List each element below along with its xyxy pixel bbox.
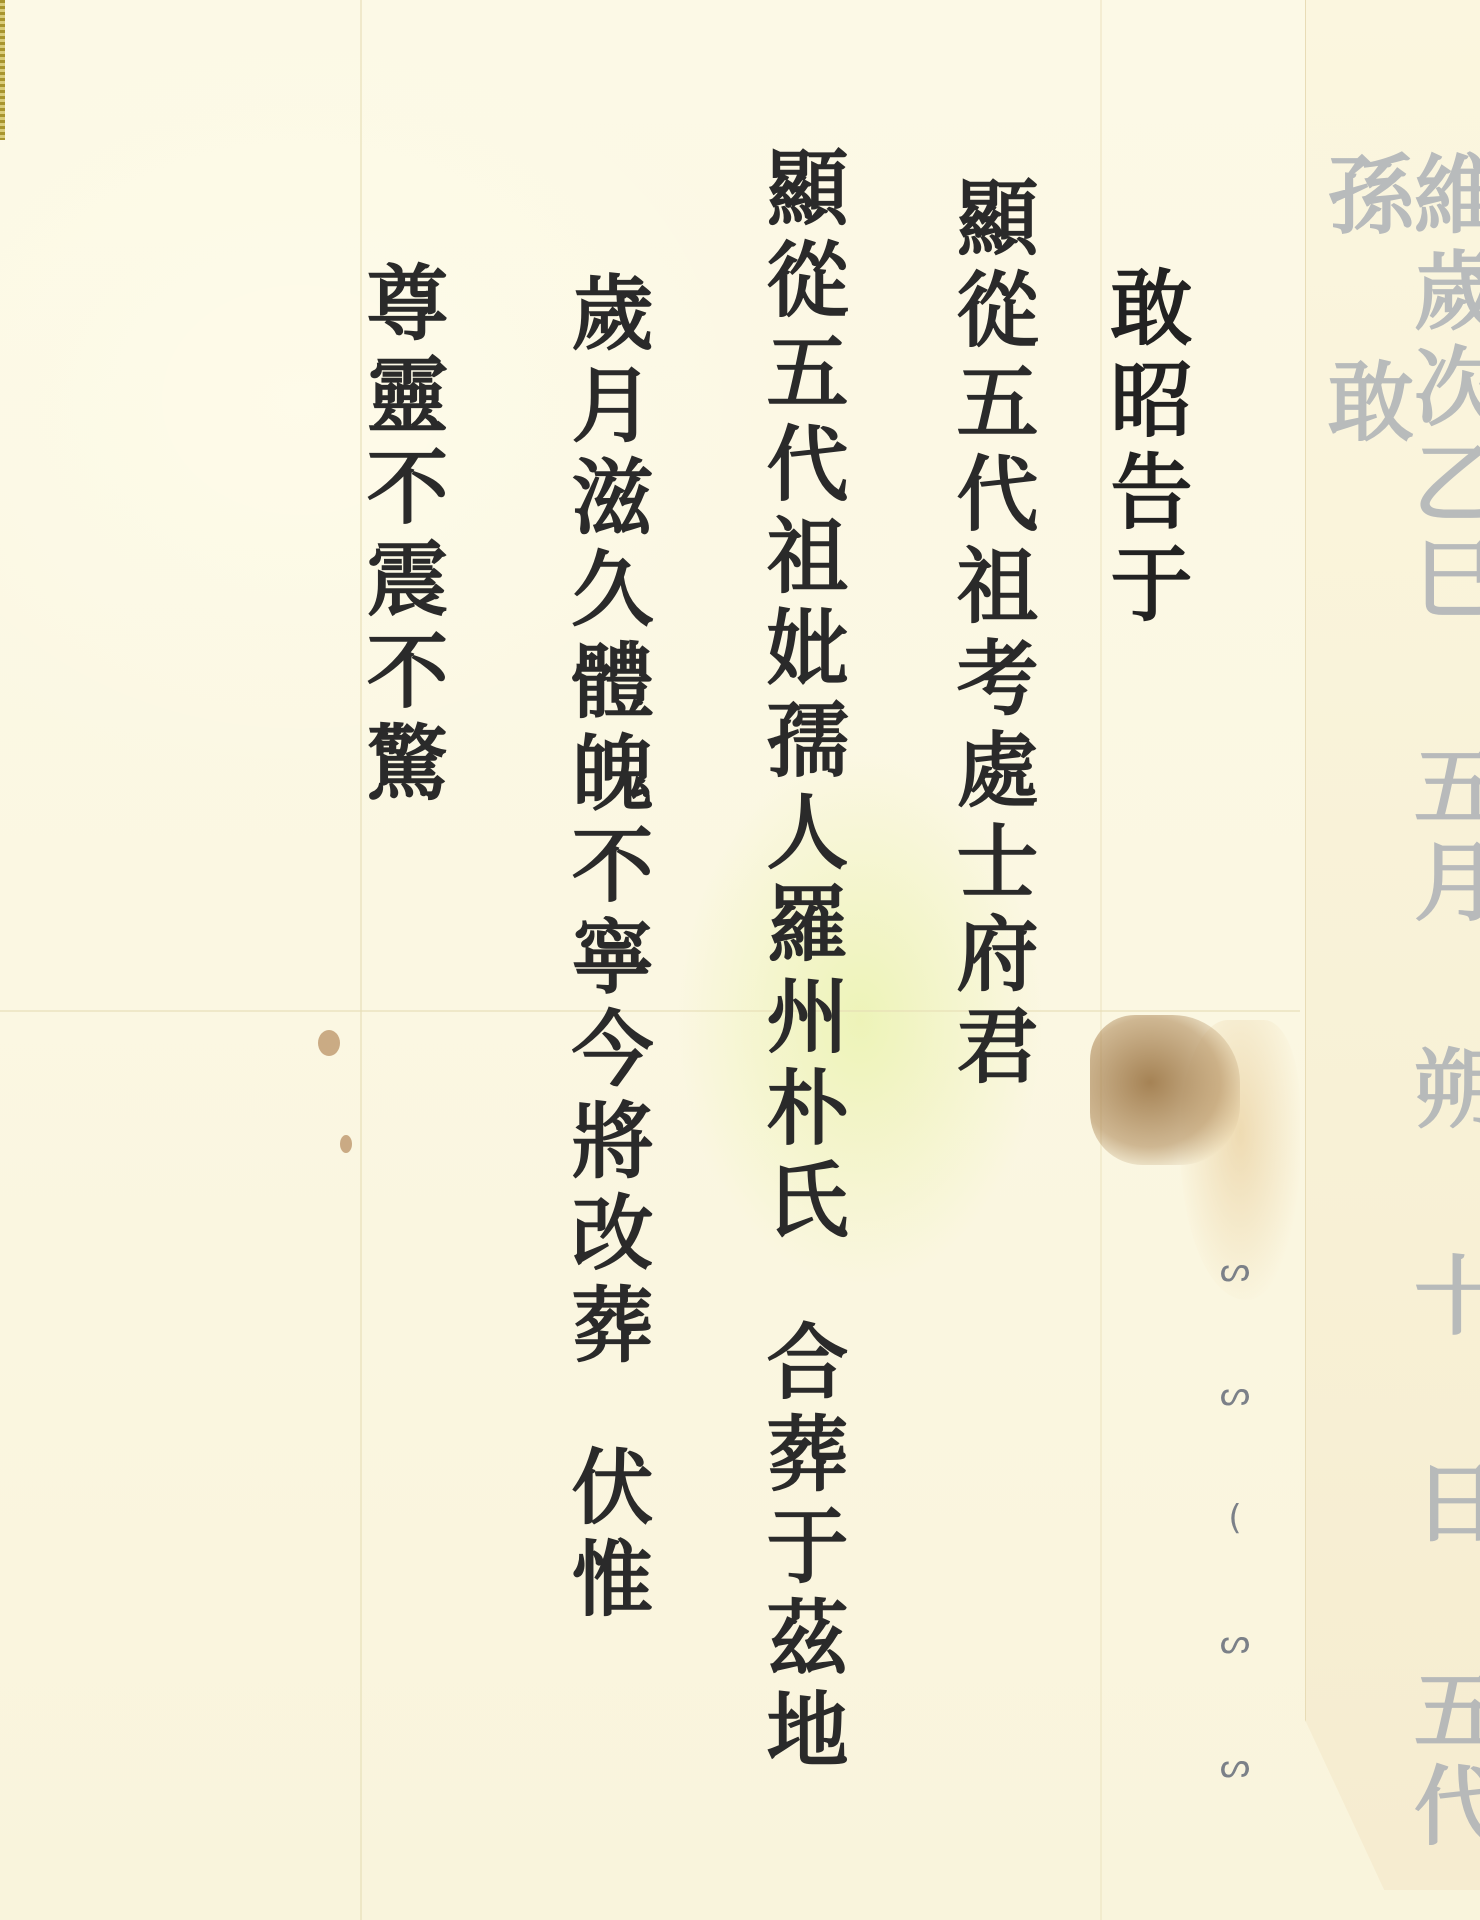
stain-spot (318, 1030, 340, 1056)
text-column-4-part-a: 歲月滋久體魄不寧今將改葬 (558, 270, 654, 1374)
pencil-annotation: ᔕ ᔕ ( ᔕ ᔕ (1215, 1250, 1255, 1808)
text-column-4-part-b: 伏惟 (558, 1444, 654, 1628)
faded-date-column: 維歲次乙巳 五月 朔 十 日 五代孫 敢 (1320, 150, 1480, 1920)
text-column-1: 敢昭告于 (1104, 265, 1186, 633)
text-column-2: 顯從五代祖考處士府君 (950, 175, 1032, 1095)
text-column-3: 顯從五代祖妣孺人羅州朴氏合葬于茲地 (760, 145, 842, 1779)
document-page: 維歲次乙巳 五月 朔 十 日 五代孫 敢 敢昭告于 顯從五代祖考處士府君 顯從五… (0, 0, 1480, 1920)
brown-stain (1090, 1015, 1240, 1165)
left-binding-edge (0, 0, 5, 140)
text-column-3-part-b: 合葬于茲地 (753, 1319, 849, 1779)
stain-spot (340, 1135, 352, 1153)
text-column-5: 尊靈不震不驚 (360, 260, 442, 812)
text-column-3-part-a: 顯從五代祖妣孺人羅州朴氏 (753, 145, 849, 1249)
text-column-4: 歲月滋久體魄不寧今將改葬伏惟 (565, 270, 647, 1628)
